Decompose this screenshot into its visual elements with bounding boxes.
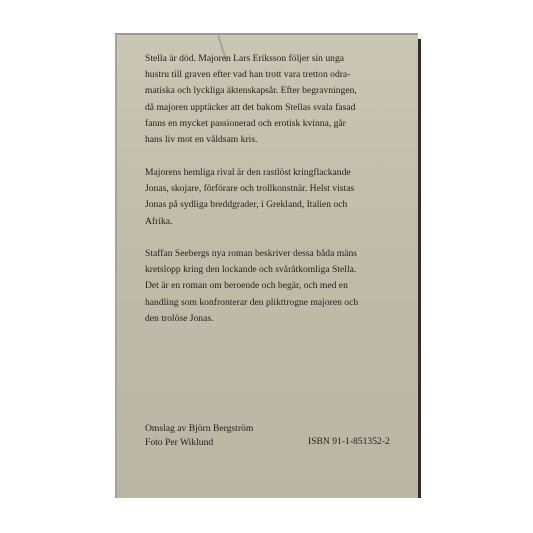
blurb-line: Jonas på sydliga breddgrader, i Grekland… <box>145 197 385 213</box>
blurb-line: matiska och lyckliga äktenskapsår. Efter… <box>145 83 385 99</box>
blurb-line: Staffan Seebergs nya roman beskriver des… <box>145 246 385 262</box>
blurb-paragraph-1: Stella är död. Majoren Lars Eriksson föl… <box>145 51 385 148</box>
blurb-line: Majorens hemliga rival är den rastlöst k… <box>145 165 385 181</box>
photo-credit: Foto Per Wiklund <box>145 436 253 450</box>
blurb-line: handling som konfronterar den plikttrogn… <box>145 295 385 311</box>
book-back-cover: Stella är död. Majoren Lars Eriksson föl… <box>115 33 418 498</box>
blurb-line: då majoren upptäcker att det bakom Stell… <box>145 100 385 116</box>
blurb-paragraph-3: Staffan Seebergs nya roman beskriver des… <box>145 246 385 327</box>
blurb-line: Stella är död. Majoren Lars Eriksson föl… <box>145 51 385 67</box>
credits: Omslag av Björn Bergström Foto Per Wiklu… <box>145 422 253 449</box>
blurb-line: kretslopp kring den lockande och svåråtk… <box>145 262 385 278</box>
blurb-line: Det är en roman om beroende och begär, o… <box>145 278 385 294</box>
blurb-line: Jonas, skojare, förförare och trollkonst… <box>145 181 385 197</box>
isbn: ISBN 91-1-851352-2 <box>308 436 390 447</box>
blurb-paragraph-2: Majorens hemliga rival är den rastlöst k… <box>145 165 385 230</box>
cover-credit: Omslag av Björn Bergström <box>145 422 253 436</box>
blurb-line: fanns en mycket passionerad och erotisk … <box>145 116 385 132</box>
blurb-line: den trolöse Jonas. <box>145 311 385 327</box>
blurb-line: Afrika. <box>145 214 385 230</box>
blurb-line: hans liv mot en våldsam kris. <box>145 132 385 148</box>
blurb-line: hustru till graven efter vad han trott v… <box>145 67 385 83</box>
